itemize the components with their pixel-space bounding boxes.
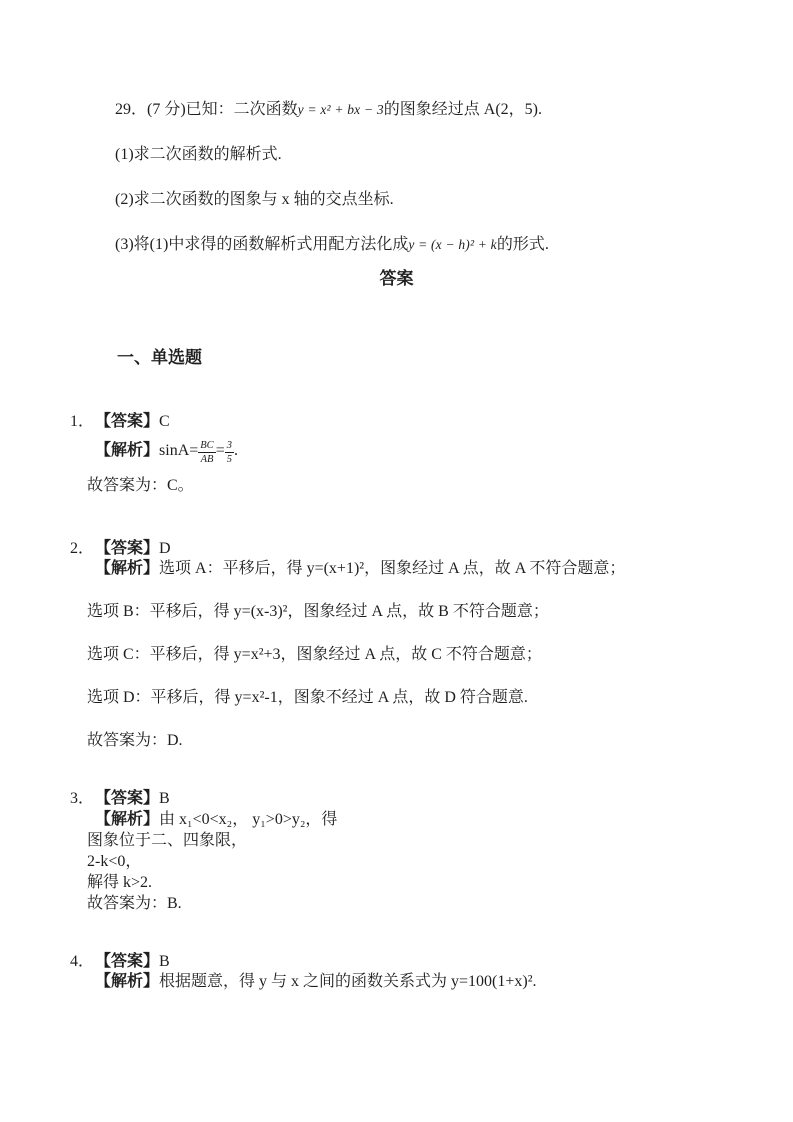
part-3-formula: y = (x − h)² + k <box>408 237 497 252</box>
item-1-analysis-line: 【解析】sinA=BCAB=35. <box>70 440 793 466</box>
item-4-analysis-label: 【解析】 <box>95 973 159 990</box>
fraction-numerator: BC <box>198 440 215 453</box>
item-4-answer-value: B <box>159 953 170 970</box>
item-2-option-b: 选项 B：平移后，得 y=(x-3)²，图象经过 A 点，故 B 不符合题意； <box>70 602 793 622</box>
question-29-prefix: 29．(7 分)已知：二次函数 <box>115 101 298 118</box>
answer-item-2: 2．【答案】D 【解析】选项 A：平移后，得 y=(x+1)²，图象经过 A 点… <box>70 539 793 751</box>
item-2-conclusion: 故答案为：D. <box>70 731 793 751</box>
fraction-3-5: 35 <box>225 440 234 466</box>
item-3-line-inequality: 2-k<0， <box>70 851 793 872</box>
item-3-answer-line: 3．【答案】B <box>70 788 793 809</box>
item-3-line-solution: 解得 k>2. <box>70 872 793 893</box>
item-2-analysis-label: 【解析】 <box>95 560 159 577</box>
item-3-analysis-line: 【解析】由 x₁<0<x₂， y₁>0>y₂，得 <box>70 809 793 830</box>
item-2-option-d: 选项 D：平移后，得 y=x²-1，图象不经过 A 点，故 D 符合题意. <box>70 688 793 708</box>
item-4-number: 4． <box>70 952 95 972</box>
item-2-analysis-line: 【解析】选项 A：平移后，得 y=(x+1)²，图象经过 A 点，故 A 不符合… <box>70 559 793 579</box>
item-4-answer-label: 【答案】 <box>95 953 159 970</box>
question-29-formula: y = x² + bx − 3 <box>298 102 384 117</box>
item-4-analysis-text: 根据题意，得 y 与 x 之间的函数关系式为 y=100(1+x)². <box>159 973 537 990</box>
item-2-option-a: 选项 A：平移后，得 y=(x+1)²，图象经过 A 点，故 A 不符合题意； <box>159 560 625 577</box>
fraction-denominator: 5 <box>225 453 234 466</box>
fraction-denominator: AB <box>198 453 215 466</box>
item-3-line-quadrants: 图象位于二、四象限， <box>70 830 793 851</box>
answer-item-1: 1．【答案】C 【解析】sinA=BCAB=35. 故答案为：C。 <box>70 412 793 496</box>
answer-items: 1．【答案】C 【解析】sinA=BCAB=35. 故答案为：C。 2．【答案】… <box>70 412 793 992</box>
item-3-analysis-text: 由 x₁<0<x₂， y₁>0>y₂，得 <box>159 811 337 828</box>
question-29-part-3: (3)将(1)中求得的函数解析式用配方法化成y = (x − h)² + k的形… <box>115 235 793 255</box>
item-2-answer-line: 2．【答案】D <box>70 539 793 559</box>
item-3-number: 3． <box>70 788 95 809</box>
item-1-formula-lead: sinA= <box>159 442 198 459</box>
answer-item-4: 4．【答案】B 【解析】根据题意，得 y 与 x 之间的函数关系式为 y=100… <box>70 952 793 992</box>
item-1-number: 1． <box>70 412 95 432</box>
item-1-period: . <box>234 442 238 459</box>
item-4-answer-line: 4．【答案】B <box>70 952 793 972</box>
item-3-answer-value: B <box>159 790 170 807</box>
fraction-numerator: 3 <box>225 440 234 453</box>
part-3-prefix: (3)将(1)中求得的函数解析式用配方法化成 <box>115 236 408 253</box>
item-2-option-c: 选项 C：平移后，得 y=x²+3，图象经过 A 点，故 C 不符合题意； <box>70 645 793 665</box>
item-3-answer-label: 【答案】 <box>95 790 159 807</box>
question-29-block: 29．(7 分)已知：二次函数y = x² + bx − 3的图象经过点 A(2… <box>0 0 793 255</box>
question-29-suffix: 的图象经过点 A(2，5). <box>384 101 542 118</box>
answer-item-3: 3．【答案】B 【解析】由 x₁<0<x₂， y₁>0>y₂，得 图象位于二、四… <box>70 788 793 914</box>
item-3-conclusion: 故答案为：B. <box>70 893 793 914</box>
part-3-suffix: 的形式. <box>497 236 549 253</box>
item-2-answer-value: D <box>159 540 171 557</box>
section-heading-single-choice: 一、单选题 <box>117 348 793 368</box>
item-4-analysis-line: 【解析】根据题意，得 y 与 x 之间的函数关系式为 y=100(1+x)². <box>70 972 793 992</box>
question-29-part-2: (2)求二次函数的图象与 x 轴的交点坐标. <box>115 190 793 210</box>
item-1-analysis-label: 【解析】 <box>95 442 159 459</box>
document-page: 29．(7 分)已知：二次函数y = x² + bx − 3的图象经过点 A(2… <box>0 0 793 1122</box>
question-29-part-1: (1)求二次函数的解析式. <box>115 145 793 165</box>
question-29-statement: 29．(7 分)已知：二次函数y = x² + bx − 3的图象经过点 A(2… <box>115 100 793 120</box>
item-2-number: 2． <box>70 539 95 559</box>
item-1-answer-line: 1．【答案】C <box>70 412 793 432</box>
item-1-equals: = <box>216 442 225 459</box>
answers-title: 答案 <box>0 269 793 289</box>
item-1-answer-value: C <box>159 413 170 430</box>
item-3-analysis-label: 【解析】 <box>95 811 159 828</box>
fraction-bc-ab: BCAB <box>198 440 215 466</box>
item-1-conclusion: 故答案为：C。 <box>70 476 793 496</box>
item-2-answer-label: 【答案】 <box>95 540 159 557</box>
item-1-answer-label: 【答案】 <box>95 413 159 430</box>
